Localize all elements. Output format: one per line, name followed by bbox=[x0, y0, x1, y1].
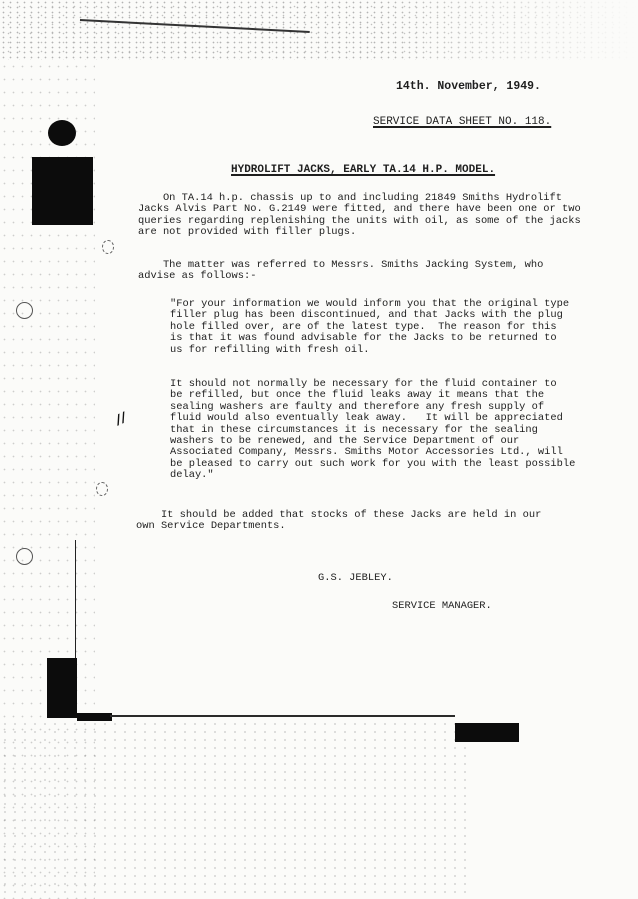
quote-paragraph-1: "For your information we would inform yo… bbox=[170, 299, 569, 356]
paper-edge-horizontal bbox=[110, 715, 455, 717]
punch-hole-faint-icon bbox=[102, 240, 114, 254]
scan-artifact-dot bbox=[48, 120, 76, 146]
text-line: delay." bbox=[170, 470, 575, 481]
scan-artifact-block-right bbox=[455, 723, 519, 742]
punch-hole-icon bbox=[16, 548, 33, 565]
signature-name: G.S. JEBLEY. bbox=[318, 573, 393, 584]
scanned-document-page: // 14th. November, 1949. SERVICE DATA SH… bbox=[0, 0, 638, 899]
text-line: is that it was found advisable for the J… bbox=[170, 333, 569, 344]
paragraph-referral: The matter was referred to Messrs. Smith… bbox=[138, 260, 543, 283]
document-date: 14th. November, 1949. bbox=[396, 81, 541, 92]
sheet-number: SERVICE DATA SHEET NO. 118. bbox=[373, 117, 551, 128]
quote-paragraph-2: It should not normally be necessary for … bbox=[170, 379, 575, 482]
signature-title: SERVICE MANAGER. bbox=[392, 601, 492, 612]
text-line: fluid would also eventually leak away. I… bbox=[170, 413, 575, 424]
paragraph-intro: On TA.14 h.p. chassis up to and includin… bbox=[138, 193, 581, 239]
punch-hole-icon bbox=[16, 302, 33, 319]
text-line: be pleased to carry out such work for yo… bbox=[170, 459, 575, 470]
punch-hole-faint-icon bbox=[96, 482, 108, 496]
margin-mark: // bbox=[112, 411, 129, 430]
scan-noise-top bbox=[0, 0, 638, 60]
scan-artifact-block bbox=[32, 157, 93, 225]
scan-artifact-bar bbox=[77, 713, 112, 721]
text-line: advise as follows:- bbox=[138, 271, 543, 282]
paragraph-stocks: It should be added that stocks of these … bbox=[136, 510, 541, 533]
text-line: are not provided with filler plugs. bbox=[138, 227, 581, 238]
scan-noise-bottom bbox=[0, 720, 470, 899]
document-title: HYDROLIFT JACKS, EARLY TA.14 H.P. MODEL. bbox=[231, 165, 495, 176]
text-line: own Service Departments. bbox=[136, 521, 541, 532]
scan-artifact-block-lower bbox=[47, 658, 77, 718]
text-line: us for refilling with fresh oil. bbox=[170, 345, 569, 356]
